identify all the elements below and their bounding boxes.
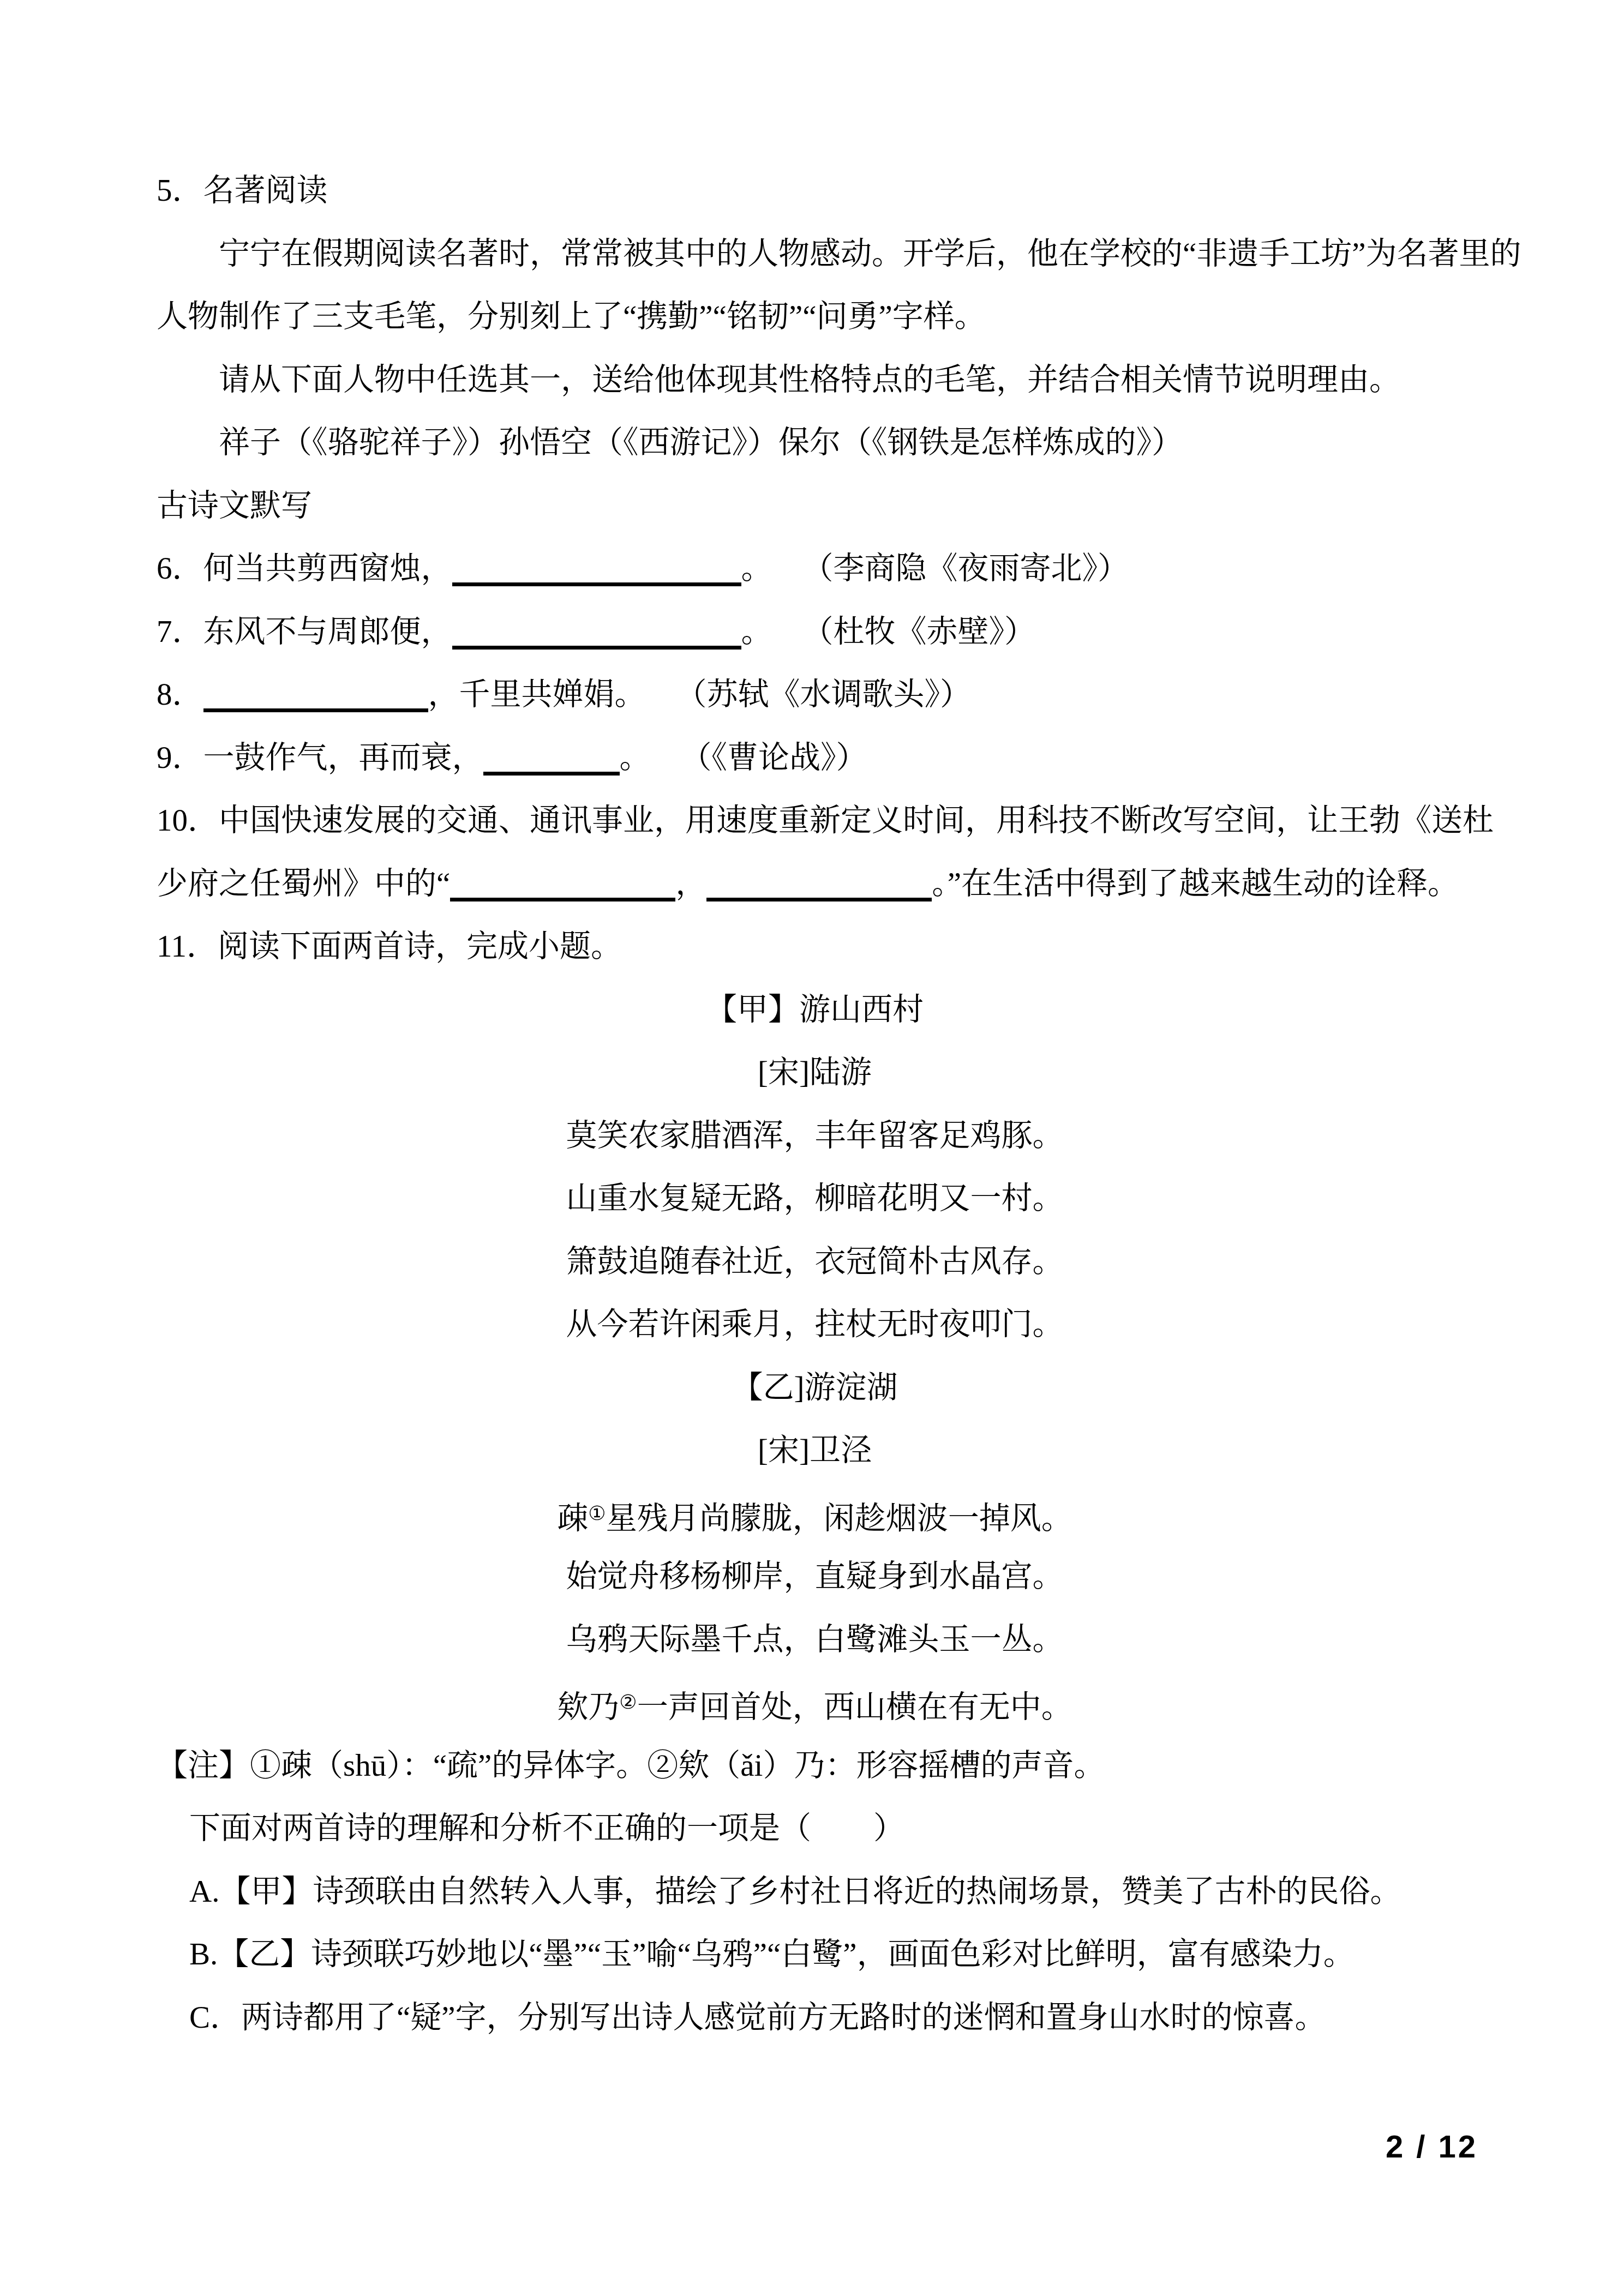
q10-line1: 10．中国快速发展的交通、通讯事业，用速度重新定义时间，用科技不断改写空间，让王…: [157, 789, 1473, 852]
text-segment: 人物制作了三支毛笔，分别刻上了“携勤”“铭韧”“问勇”字样。: [157, 299, 986, 334]
text-segment: 古诗文默写: [157, 489, 312, 523]
q8-line: 8．，千里共婵娟。（苏轼《水调歌头》）: [157, 663, 1473, 726]
q5-heading: 5．名著阅读: [157, 159, 1473, 223]
text-segment: 。: [741, 551, 772, 586]
text-segment: 6．何当共剪西窗烛，: [157, 551, 452, 586]
poem-yi-title: 【乙]游淀湖: [157, 1356, 1473, 1420]
text-segment: 莫笑农家腊酒浑，丰年留客足鸡豚。: [566, 1119, 1064, 1153]
answer-blank: [706, 867, 932, 901]
poem-yi-line2: 始觉舟移杨柳岸，直疑身到水晶宫。: [157, 1545, 1473, 1608]
text-segment: 一声回首处，西山横在有无中。: [637, 1690, 1072, 1724]
poem-jia-line3: 箫鼓追随春社近，衣冠简朴古风存。: [157, 1230, 1473, 1294]
text-segment: 9．一鼓作气，再而衰，: [157, 741, 483, 775]
exam-paper-page: 5．名著阅读宁宁在假期阅读名著时，常常被其中的人物感动。开学后，他在学校的“非遗…: [0, 0, 1624, 2296]
q6-line: 6．何当共剪西窗烛，。（李商隐《夜雨寄北》）: [157, 537, 1473, 600]
text-segment: C．两诗都用了“疑”字，分别写出诗人感觉前方无路时的迷惘和置身山水时的惊喜。: [189, 2000, 1326, 2035]
superscript-note-ref: ①: [588, 1502, 606, 1524]
text-segment: 少府之任蜀州》中的“: [157, 867, 450, 901]
poem-jia-line1: 莫笑农家腊酒浑，丰年留客足鸡豚。: [157, 1104, 1473, 1168]
text-segment: 疎: [557, 1501, 588, 1536]
text-segment: 【甲】游山西村: [706, 993, 924, 1027]
q5-intro-line1: 宁宁在假期阅读名著时，常常被其中的人物感动。开学后，他在学校的“非遗手工坊”为名…: [157, 223, 1473, 286]
text-segment: 。: [620, 741, 651, 775]
q9-line: 9．一鼓作气，再而衰，。（《曹论战》）: [157, 726, 1473, 790]
spacer: [772, 578, 802, 579]
answer-blank: [452, 615, 741, 650]
poem-notes: 【注】①疎（shū）：“疏”的异体字。②欸（ǎi）乃：形容摇槽的声音。: [157, 1734, 1473, 1798]
poem-jia-title: 【甲】游山西村: [157, 978, 1473, 1042]
text-segment: 欸乃: [557, 1690, 619, 1724]
text-segment: 请从下面人物中任选其一，送给他体现其性格特点的毛笔，并结合相关情节说明理由。: [219, 363, 1400, 397]
text-segment: （李商隐《夜雨寄北》）: [802, 551, 1129, 586]
q10-line2: 少府之任蜀州》中的“，。”在生活中得到了越来越生动的诠释。: [157, 852, 1473, 916]
option-b: B.【乙】诗颈联巧妙地以“墨”“玉”喻“乌鸦”“白鹭”，画面色彩对比鲜明，富有感…: [157, 1923, 1473, 1986]
spacer: [651, 767, 681, 768]
answer-blank: [483, 741, 620, 776]
text-segment: [宋]陆游: [758, 1055, 872, 1090]
q5-intro-line2: 人物制作了三支毛笔，分别刻上了“携勤”“铭韧”“问勇”字样。: [157, 285, 1473, 348]
answer-blank: [450, 867, 675, 901]
text-segment: 祥子（《骆驼祥子》）孙悟空（《西游记》）保尔（《钢铁是怎样炼成的》）: [219, 425, 1183, 460]
poem-yi-line4: 欸乃②一声回首处，西山横在有无中。: [157, 1671, 1473, 1734]
text-segment: [宋]卫泾: [758, 1433, 872, 1468]
text-segment: 山重水复疑无路，柳暗花明又一村。: [566, 1181, 1064, 1216]
text-segment: 下面对两首诗的理解和分析不正确的一项是（ ）: [189, 1811, 904, 1846]
text-segment: 宁宁在假期阅读名著时，常常被其中的人物感动。开学后，他在学校的“非遗手工坊”为名…: [219, 237, 1521, 271]
q7-line: 7．东风不与周郎便，。（杜牧《赤壁》）: [157, 600, 1473, 664]
option-a: A.【甲】诗颈联由自然转入人事，描绘了乡村社日将近的热闹场景，赞美了古朴的民俗。: [157, 1860, 1473, 1924]
document-lines: 5．名著阅读宁宁在假期阅读名著时，常常被其中的人物感动。开学后，他在学校的“非遗…: [157, 159, 1473, 2049]
poem-jia-author: [宋]陆游: [157, 1041, 1473, 1104]
poem-yi-author: [宋]卫泾: [157, 1419, 1473, 1482]
answer-blank: [452, 551, 741, 586]
q11-heading: 11．阅读下面两首诗，完成小题。: [157, 915, 1473, 978]
answer-blank: [203, 677, 428, 712]
text-segment: 8．: [157, 677, 203, 712]
poem-jia-line2: 山重水复疑无路，柳暗花明又一村。: [157, 1167, 1473, 1230]
text-segment: A.【甲】诗颈联由自然转入人事，描绘了乡村社日将近的热闹场景，赞美了古朴的民俗。: [189, 1874, 1401, 1909]
text-segment: 10．中国快速发展的交通、通讯事业，用速度重新定义时间，用科技不断改写空间，让王…: [157, 803, 1494, 838]
text-segment: ，千里共婵娟。: [428, 677, 646, 712]
text-segment: （杜牧《赤壁》）: [802, 615, 1036, 649]
text-segment: ，: [675, 867, 706, 901]
text-segment: 从今若许闲乘月，拄杖无时夜叩门。: [566, 1307, 1064, 1342]
text-segment: （《曹论战》）: [681, 741, 867, 775]
text-segment: 箫鼓追随春社近，衣冠简朴古风存。: [566, 1245, 1064, 1279]
text-segment: 星残月尚朦胧，闲趁烟波一掉风。: [606, 1501, 1072, 1536]
text-segment: 7．东风不与周郎便，: [157, 615, 452, 649]
text-segment: 。: [741, 615, 772, 649]
page-number: 2 / 12: [1386, 2128, 1478, 2166]
option-c: C．两诗都用了“疑”字，分别写出诗人感觉前方无路时的迷惘和置身山水时的惊喜。: [157, 1986, 1473, 2049]
text-segment: 11．阅读下面两首诗，完成小题。: [157, 929, 622, 964]
poem-jia-line4: 从今若许闲乘月，拄杖无时夜叩门。: [157, 1293, 1473, 1356]
poem-yi-line1: 疎①星残月尚朦胧，闲趁烟波一掉风。: [157, 1482, 1473, 1546]
text-segment: 5．名著阅读: [157, 173, 328, 208]
text-segment: 【乙]游淀湖: [732, 1371, 898, 1405]
text-segment: B.【乙】诗颈联巧妙地以“墨”“玉”喻“乌鸦”“白鹭”，画面色彩对比鲜明，富有感…: [189, 1937, 1355, 1972]
text-segment: 始觉舟移杨柳岸，直疑身到水晶宫。: [566, 1559, 1064, 1594]
poem-yi-line3: 乌鸦天际墨千点，白鹭滩头玉一丛。: [157, 1608, 1473, 1672]
q11-question-stem: 下面对两首诗的理解和分析不正确的一项是（ ）: [157, 1797, 1473, 1860]
text-segment: 乌鸦天际墨千点，白鹭滩头玉一丛。: [566, 1622, 1064, 1657]
spacer: [646, 704, 676, 705]
text-segment: （苏轼《水调歌头》）: [676, 677, 972, 712]
spacer: [772, 641, 802, 642]
q5-instruction: 请从下面人物中任选其一，送给他体现其性格特点的毛笔，并结合相关情节说明理由。: [157, 348, 1473, 412]
text-segment: 【注】①疎（shū）：“疏”的异体字。②欸（ǎi）乃：形容摇槽的声音。: [157, 1748, 1105, 1783]
text-segment: 。”在生活中得到了越来越生动的诠释。: [932, 867, 1459, 901]
superscript-note-ref: ②: [619, 1691, 637, 1713]
section-heading-dictation: 古诗文默写: [157, 474, 1473, 538]
q5-characters: 祥子（《骆驼祥子》）孙悟空（《西游记》）保尔（《钢铁是怎样炼成的》）: [157, 411, 1473, 474]
